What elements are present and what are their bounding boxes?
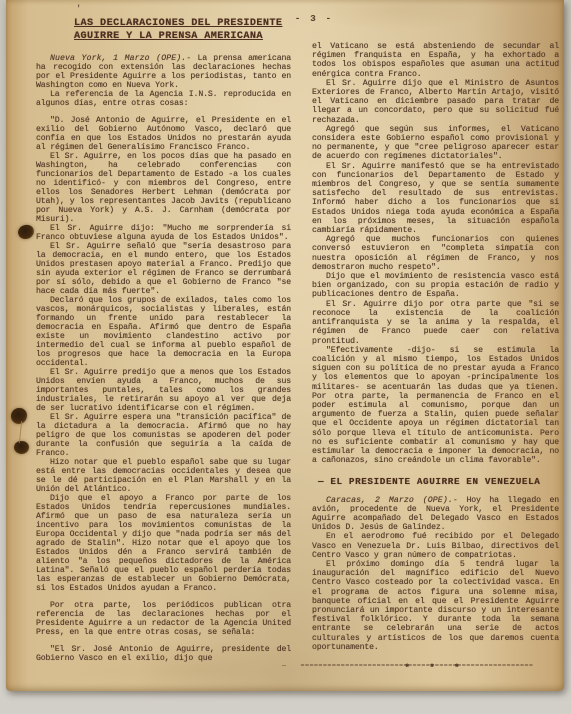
paragraph: El Sr. Aguirre dijo por otra parte que "… — [312, 300, 559, 346]
paragraph: El Sr. Aguirre espera una "transición pa… — [36, 413, 291, 458]
ink-mark: ' — [76, 4, 81, 14]
paragraph: La referencia de la Agencia I.N.S. repro… — [36, 90, 291, 108]
paragraph: El Sr. Aguirre señaló que "sería desastr… — [36, 242, 291, 296]
bottom-separator: — ======================================… — [282, 662, 534, 670]
paragraph: "D. José Antonio de Aguirre, el Presiden… — [36, 116, 291, 152]
punch-hole — [17, 223, 36, 240]
paragraph: Agregó que según sus informes, el Vatica… — [312, 125, 559, 162]
paragraph: El próximo domingo día 5 tendrá lugar la… — [312, 560, 559, 652]
paragraph: El Sr. Aguirre, en los pocos días que ha… — [36, 152, 291, 224]
dateline: Nueva York, 1 Marzo (OPE).- — [50, 54, 191, 63]
paper-tear — [19, 421, 22, 443]
paragraph: Hizo notar que el pueblo español sabe qu… — [36, 458, 291, 494]
paragraph: Caracas, 2 Marzo (OPE).- Hoy ha llegado … — [312, 496, 559, 533]
right-text-column: el Vaticano se está absteniendo de secun… — [312, 42, 559, 673]
paragraph: Dijo que el apoyo a Franco por parte de … — [36, 494, 291, 593]
punch-hole — [11, 408, 27, 424]
paragraph: El Sr. Aguirre manifestó que se ha entre… — [312, 162, 559, 236]
paragraph: "El Sr. José Antonio de Aguirre, preside… — [36, 645, 291, 663]
section-heading: — EL PRESIDENTE AGUIRRE EN VENEZUELA — [318, 477, 559, 486]
document-paper: ' - 3 - LAS DECLARACIONES DEL PRESIDENTE… — [6, 0, 564, 691]
separator-dash: — — [282, 662, 286, 670]
paragraph: El Sr. Aguirre predijo que a menos que l… — [36, 368, 291, 413]
document-title: LAS DECLARACIONES DEL PRESIDENTE AGUIRRE… — [74, 18, 310, 43]
paragraph: El Sr. Aguirre dijo: "Mucho me sorprende… — [36, 224, 291, 242]
dateline: Caracas, 2 Marzo (OPE).- — [326, 496, 458, 505]
paragraph: Nueva York, 1 Marzo (OPE).- La prensa am… — [36, 54, 291, 90]
left-text-column: Nueva York, 1 Marzo (OPE).- La prensa am… — [36, 54, 291, 663]
paragraph: "Efectivamente -dijo- si se estimula la … — [312, 346, 559, 466]
paragraph: el Vaticano se está absteniendo de secun… — [312, 42, 559, 79]
paragraph: Agregó que muchos funcionarios con quien… — [312, 235, 559, 272]
separator-line: ========================================… — [300, 662, 533, 670]
paragraph: Dijo que el movimiento de resistencia va… — [312, 272, 559, 300]
paragraph: Por otra parte, los periódicos publican … — [36, 601, 291, 637]
punch-hole — [13, 440, 30, 455]
paragraph: En el aerodromo fué recibido por el Dele… — [312, 532, 559, 560]
paragraph: El Sr. Aguirre dijo que el Ministro de A… — [312, 79, 559, 125]
scanned-document-page: { "page": { "page_number": "- 3 -", "tit… — [0, 0, 571, 714]
paragraph: Declaró que los grupos de exilados, tale… — [36, 296, 291, 368]
